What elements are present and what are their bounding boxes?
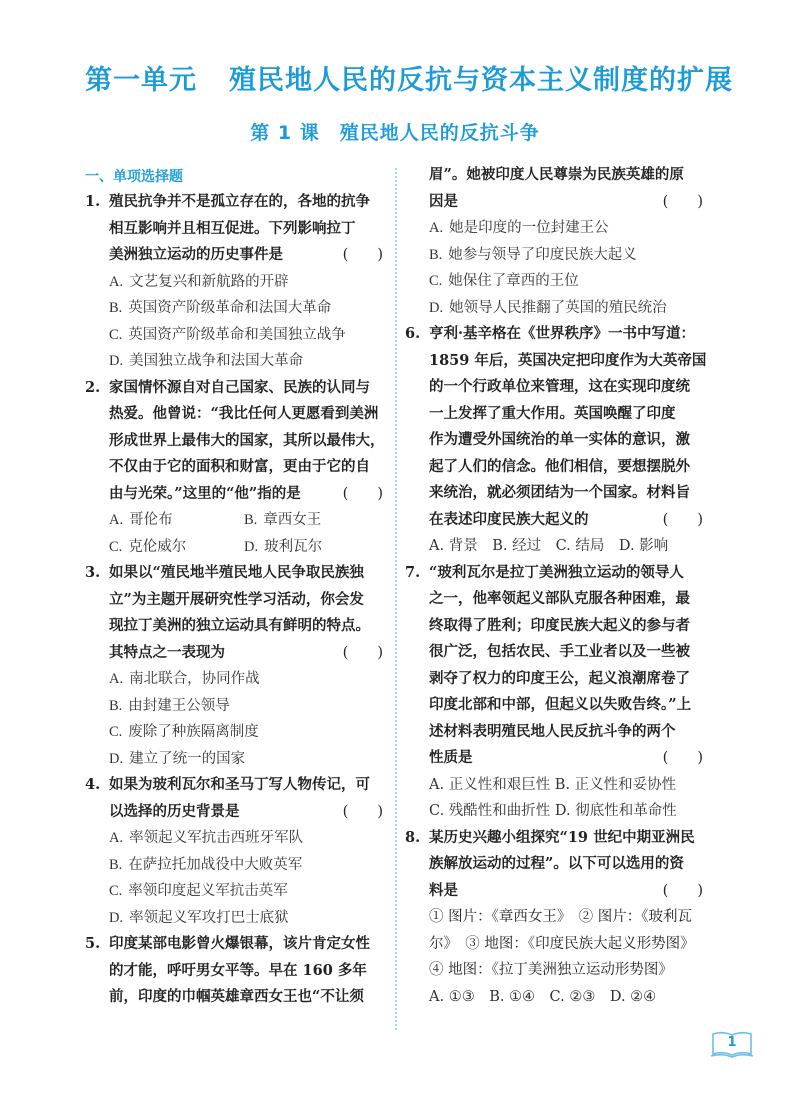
question-stem: 料是 (429, 882, 458, 899)
option-b[interactable]: B.由封建王公领导 (85, 693, 385, 720)
question-stem: 述材料表明殖民地人民反抗斗争的两个 (429, 723, 676, 740)
question-stem: 在表述印度民族大起义的 (429, 511, 589, 528)
question-2: 2.家国情怀源自对自己国家、民族的认同与 热爱。他曾说：“我比任何人更愿看到美洲… (85, 375, 385, 561)
lesson-title: 第 1 课殖民地人民的反抗斗争 (0, 118, 790, 145)
option-a[interactable]: A.南北联合，协同作战 (85, 666, 385, 693)
question-stem: 前，印度的巾帼英雄章西女王也“不让须 (109, 988, 364, 1005)
question-stem: 1859 年后，英国决定把印度作为大英帝国 (429, 352, 706, 369)
option-c[interactable]: C.她保住了章西的王位 (405, 268, 705, 295)
question-stem: 殖民抗争并不是孤立存在的，各地的抗争 (109, 193, 370, 210)
question-7: 7.“玻利瓦尔是拉丁美洲独立运动的领导人 之一，他率领起义部队克服各种困难，最 … (405, 560, 705, 825)
answer-blank[interactable]: ( ) (663, 507, 703, 534)
option-c[interactable]: C.率领印度起义军抗击英军 (85, 878, 385, 905)
question-stem: 因是 (429, 193, 458, 210)
question-stem: 剥夺了权力的印度王公，起义浪潮席卷了 (429, 670, 690, 687)
answer-blank[interactable]: ( ) (343, 640, 383, 667)
options-inline[interactable]: A. 背景 B. 经过 C. 结局 D. 影响 (405, 533, 705, 560)
question-stem: 族解放运动的过程”。以下可以选用的资 (429, 855, 684, 872)
option-d[interactable]: D.建立了统一的国家 (85, 746, 385, 773)
question-number: 4. (85, 772, 100, 799)
question-number: 6. (405, 321, 420, 348)
question-number: 1. (85, 189, 100, 216)
option-a[interactable]: A.她是印度的一位封建王公 (405, 215, 705, 242)
question-stem: 亨利·基辛格在《世界秩序》一书中写道： (429, 325, 695, 342)
question-stem: 起了人们的信念。他们相信，要想摆脱外 (429, 458, 690, 475)
question-number: 8. (405, 825, 420, 852)
question-5: 5.印度某部电影曾火爆银幕，该片肯定女性 的才能，呼吁男女平等。早在 160 多… (85, 931, 385, 1011)
left-column: 一、单项选择题 1.殖民抗争并不是孤立存在的，各地的抗争 相互影响并且相互促进。… (85, 165, 385, 1011)
question-stem: 终取得了胜利；印度民族大起义的参与者 (429, 617, 690, 634)
option-a[interactable]: A.率领起义军抗击西班牙军队 (85, 825, 385, 852)
option-a[interactable]: A.文艺复兴和新航路的开辟 (85, 269, 385, 296)
option-c[interactable]: C.废除了种族隔离制度 (85, 719, 385, 746)
question-stem: 一上发挥了重大作用。英国唤醒了印度 (429, 405, 676, 422)
question-stem: 如果以“殖民地半殖民地人民争取民族独 (109, 564, 364, 581)
question-stem: 印度某部电影曾火爆银幕，该片肯定女性 (109, 935, 370, 952)
options-inline[interactable]: A. ①③ B. ①④ C. ②③ D. ②④ (405, 984, 705, 1011)
right-column: 眉”。她被印度人民尊崇为民族英雄的原 因是( ) A.她是印度的一位封建王公 B… (405, 162, 705, 1010)
options-row-1[interactable]: A. 正义性和艰巨性 B. 正义性和妥协性 (405, 772, 705, 799)
question-stem: 之一，他率领起义部队克服各种困难，最 (429, 590, 690, 607)
page-number: 1 (710, 1030, 754, 1060)
question-stem: 美洲独立运动的历史事件是 (109, 246, 283, 263)
unit-label: 第一单元 (85, 65, 197, 96)
question-stem: 相互影响并且相互促进。下列影响拉丁 (109, 220, 356, 237)
unit-title-text: 殖民地人民的反抗与资本主义制度的扩展 (229, 65, 733, 96)
question-number: 3. (85, 560, 100, 587)
answer-blank[interactable]: ( ) (663, 745, 703, 772)
unit-title: 第一单元殖民地人民的反抗与资本主义制度的扩展 (85, 58, 733, 97)
column-divider (395, 168, 397, 1030)
option-d[interactable]: D.她领导人民推翻了英国的殖民统治 (405, 295, 705, 322)
question-stem: 以选择的历史背景是 (109, 803, 240, 820)
question-8: 8.某历史兴趣小组探究“19 世纪中期亚洲民 族解放运动的过程”。以下可以选用的… (405, 825, 705, 1011)
question-stem: 如果为玻利瓦尔和圣马丁写人物传记，可 (109, 776, 370, 793)
question-stem: 印度北部和中部，但起义以失败告终。”上 (429, 696, 691, 713)
answer-blank[interactable]: ( ) (343, 481, 383, 508)
question-3: 3.如果以“殖民地半殖民地人民争取民族独 立”为主题开展研究性学习活动，你会发 … (85, 560, 385, 772)
option-b[interactable]: B.章西女王 (244, 507, 379, 534)
question-stem: 性质是 (429, 749, 473, 766)
question-4: 4.如果为玻利瓦尔和圣马丁写人物传记，可 以选择的历史背景是( ) A.率领起义… (85, 772, 385, 931)
option-b[interactable]: B.在萨拉托加战役中大败英军 (85, 852, 385, 879)
question-stem: 由与光荣。”这里的“他”指的是 (109, 485, 301, 502)
question-stem: 作为遭受外国统治的单一实体的意识，激 (429, 431, 690, 448)
question-5-continued: 眉”。她被印度人民尊崇为民族英雄的原 因是( ) A.她是印度的一位封建王公 B… (405, 162, 705, 321)
option-d[interactable]: D.玻利瓦尔 (244, 534, 379, 561)
option-d[interactable]: D.美国独立战争和法国大革命 (85, 348, 385, 375)
option-b[interactable]: B.英国资产阶级革命和法国大革命 (85, 295, 385, 322)
question-number: 2. (85, 375, 100, 402)
question-stem: 不仅由于它的面积和财富，更由于它的自 (109, 458, 370, 475)
page-number-text: 1 (710, 1035, 754, 1050)
question-stem: 的一个行政单位来管理，这在实现印度统 (429, 378, 690, 395)
question-stem: 很广泛，包括农民、手工业者以及一些被 (429, 643, 690, 660)
question-6: 6.亨利·基辛格在《世界秩序》一书中写道： 1859 年后，英国决定把印度作为大… (405, 321, 705, 560)
option-a[interactable]: A.哥伦布 (109, 507, 244, 534)
option-b[interactable]: B.她参与领导了印度民族大起义 (405, 242, 705, 269)
options-row-2[interactable]: C. 残酷性和曲折性 D. 彻底性和革命性 (405, 798, 705, 825)
material-line: ① 图片：《章西女王》 ② 图片：《玻利瓦 (405, 904, 705, 931)
question-stem: 眉”。她被印度人民尊崇为民族英雄的原 (429, 166, 684, 183)
question-stem: 热爱。他曾说：“我比任何人更愿看到美洲 (109, 405, 378, 422)
question-stem: 形成世界上最伟大的国家，其所以最伟大， (109, 432, 385, 449)
option-c[interactable]: C.英国资产阶级革命和美国独立战争 (85, 322, 385, 349)
lesson-label: 第 1 课 (250, 122, 319, 144)
answer-blank[interactable]: ( ) (663, 189, 703, 216)
option-d[interactable]: D.率领起义军攻打巴士底狱 (85, 905, 385, 932)
material-line: 尔》 ③ 地图：《印度民族大起义形势图》 (405, 931, 705, 958)
section-title: 一、单项选择题 (85, 165, 385, 189)
question-stem: 其特点之一表现为 (109, 644, 225, 661)
question-stem: 某历史兴趣小组探究“19 世纪中期亚洲民 (429, 829, 695, 846)
material-line: ④ 地图：《拉丁美洲独立运动形势图》 (405, 957, 705, 984)
question-stem: 来统治，就必须团结为一个国家。材料旨 (429, 484, 690, 501)
question-1: 1.殖民抗争并不是孤立存在的，各地的抗争 相互影响并且相互促进。下列影响拉丁 美… (85, 189, 385, 375)
question-number: 7. (405, 560, 420, 587)
answer-blank[interactable]: ( ) (343, 799, 383, 826)
question-stem: 家国情怀源自对自己国家、民族的认同与 (109, 379, 370, 396)
option-c[interactable]: C.克伦威尔 (109, 534, 244, 561)
question-stem: 的才能，呼吁男女平等。早在 160 多年 (109, 962, 367, 979)
question-stem: 立”为主题开展研究性学习活动，你会发 (109, 591, 364, 608)
lesson-title-text: 殖民地人民的反抗斗争 (340, 122, 540, 144)
question-stem: “玻利瓦尔是拉丁美洲独立运动的领导人 (429, 564, 684, 581)
answer-blank[interactable]: ( ) (663, 878, 703, 905)
question-number: 5. (85, 931, 100, 958)
question-stem: 现拉丁美洲的独立运动具有鲜明的特点。 (109, 617, 370, 634)
answer-blank[interactable]: ( ) (343, 242, 383, 269)
